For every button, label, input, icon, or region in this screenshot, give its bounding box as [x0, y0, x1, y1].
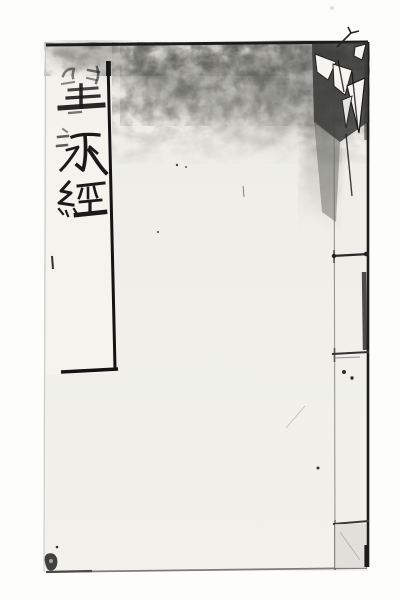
ink-speck	[157, 231, 159, 233]
stitch-line-bottom	[333, 521, 369, 568]
faint-dot	[330, 6, 334, 10]
ink-speck	[56, 546, 59, 549]
ink-speck	[317, 467, 320, 470]
scanned-book-photo: 聖詠經	[0, 0, 400, 600]
right-edge-dark-streak	[364, 272, 365, 350]
ink-speck	[185, 166, 187, 168]
ink-dash	[52, 256, 53, 269]
ink-speck	[176, 164, 178, 166]
bottom-edge-dark-segment	[46, 571, 92, 572]
ink-speck	[342, 370, 346, 374]
ink-speck	[350, 376, 353, 379]
book-cover-art	[0, 0, 400, 600]
